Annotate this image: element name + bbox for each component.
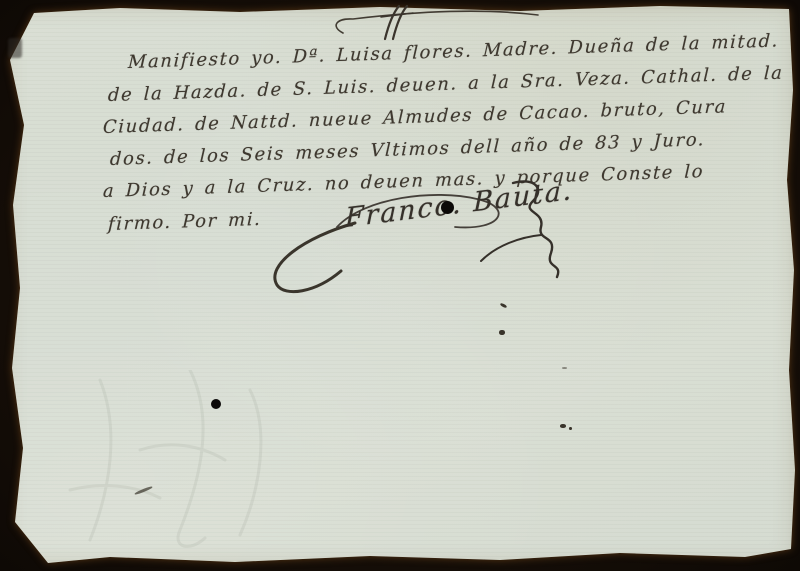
ink-speck-2 (499, 330, 505, 335)
edge-smudge-top-left (8, 38, 22, 58)
ink-speck-4 (569, 427, 572, 430)
wormhole-spot-lower-left (211, 399, 221, 409)
wormhole-spot-center (441, 201, 454, 214)
ink-speck-5 (562, 367, 567, 369)
scanned-manuscript-photo: Manifiesto yo. Dª. Luisa flores. Madre. … (0, 0, 800, 571)
ink-speck-3 (560, 424, 566, 428)
bleedthrough-ghost-marks (40, 370, 420, 560)
